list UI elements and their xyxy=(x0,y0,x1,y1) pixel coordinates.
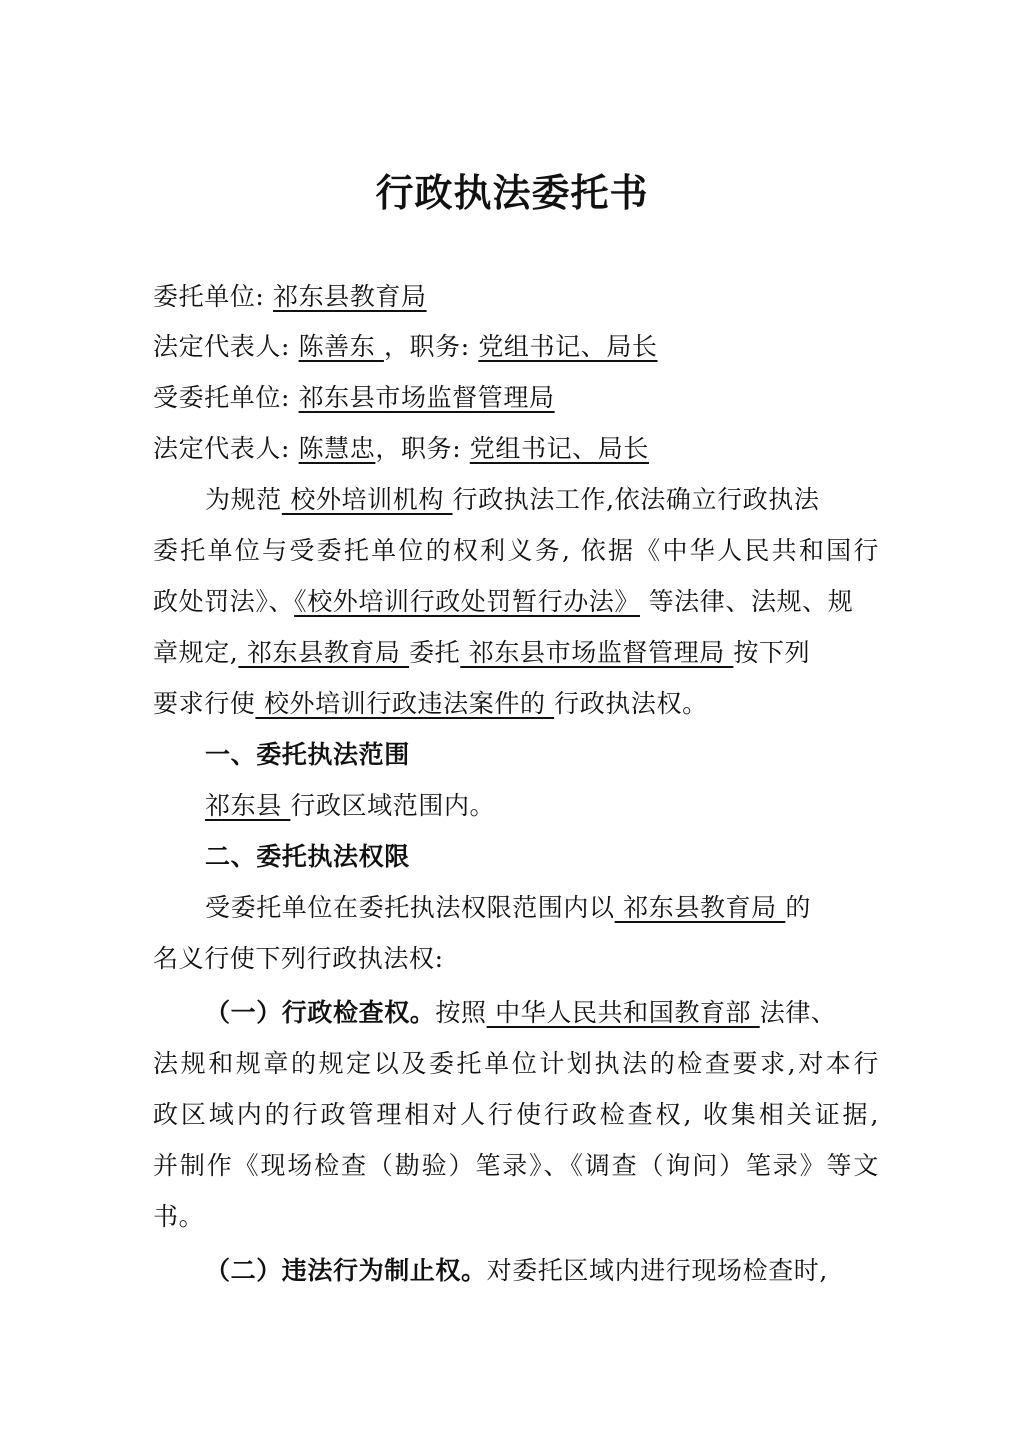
field-label: ，职务: xyxy=(375,434,461,463)
field-value: 祁东县市场监督管理局 xyxy=(299,383,555,412)
field-value: 陈善东 xyxy=(299,332,384,361)
fill-in: 祁东县教育局 xyxy=(615,893,786,922)
field-label: 受委托单位: xyxy=(153,383,290,412)
intro-line-3: 政处罚法》、《校外培训行政处罚暂行办法》 等法律、法规、规 xyxy=(153,576,879,628)
document-title: 行政执法委托书 xyxy=(0,162,1024,217)
field-label: ，职务: xyxy=(384,332,470,361)
intro-line-5: 要求行使 校外培训行政违法案件的 行政执法权。 xyxy=(153,678,879,730)
field-value: 党组书记、局长 xyxy=(470,434,649,463)
field-value: 党组书记、局长 xyxy=(478,332,657,361)
text: 等法律、法规、规 xyxy=(649,587,854,616)
section-2-para-2: 名义行使下列行政执法权: xyxy=(153,933,879,985)
text: 受委托单位在委托执法权限范围内以 xyxy=(205,893,615,922)
item-1-line-1: （一）行政检查权。按照 中华人民共和国教育部 法律、 xyxy=(153,987,879,1039)
intro-line-4: 章规定, 祁东县教育局 委托 祁东县市场监督管理局 按下列 xyxy=(153,627,879,679)
text: 行政执法权。 xyxy=(554,689,708,718)
item-1-line-4: 并制作《现场检查（勘验）笔录》、《调查（询问）笔录》等文 xyxy=(153,1140,879,1192)
field-value: 陈慧忠 xyxy=(299,434,376,463)
field-label: 法定代表人: xyxy=(153,434,290,463)
legal-rep-row-1: 法定代表人: 陈善东 ，职务: 党组书记、局长 xyxy=(153,321,879,373)
fill-in: 校外培训机构 xyxy=(282,485,453,514)
text: 章规定, xyxy=(153,638,238,667)
item-heading: （二）违法行为制止权。 xyxy=(205,1256,487,1285)
legal-rep-row-2: 法定代表人: 陈慧忠，职务: 党组书记、局长 xyxy=(153,423,879,475)
fill-in: 祁东县市场监督管理局 xyxy=(460,638,733,667)
section-2-para-1: 受委托单位在委托执法权限范围内以 祁东县教育局 的 xyxy=(153,882,879,934)
item-heading: （一）行政检查权。 xyxy=(205,998,435,1027)
text: 政处罚法》、 xyxy=(153,587,294,616)
fill-in: 《校外培训行政处罚暂行办法》 xyxy=(294,587,640,616)
entrusted-unit-row: 受委托单位: 祁东县市场监督管理局 xyxy=(153,372,879,424)
section-1-heading: 一、委托执法范围 xyxy=(153,729,879,781)
text: 对委托区域内进行现场检查时, xyxy=(487,1256,828,1285)
intro-line-1: 为规范 校外培训机构 行政执法工作,依法确立行政执法 xyxy=(153,474,879,526)
text: 为规范 xyxy=(205,485,282,514)
item-1-line-3: 政区域内的行政管理相对人行使行政检查权, 收集相关证据, xyxy=(153,1089,879,1141)
text: 按照 xyxy=(435,998,486,1027)
section-2-heading: 二、委托执法权限 xyxy=(153,831,879,883)
intro-line-2: 委托单位与受委托单位的权利义务, 依据《中华人民共和国行 xyxy=(153,525,879,577)
field-label: 法定代表人: xyxy=(153,332,290,361)
text: 法律、 xyxy=(760,998,837,1027)
fill-in: 祁东县 xyxy=(205,791,290,820)
text: 要求行使 xyxy=(153,689,255,718)
field-label: 委托单位: xyxy=(153,282,264,311)
fill-in: 校外培训行政违法案件的 xyxy=(255,689,554,718)
field-value: 祁东县教育局 xyxy=(273,282,427,311)
item-1-line-2: 法规和规章的规定以及委托单位计划执法的检查要求,对本行 xyxy=(153,1038,879,1090)
entrusting-unit-row: 委托单位: 祁东县教育局 xyxy=(153,271,879,323)
item-2-line-1: （二）违法行为制止权。对委托区域内进行现场检查时, xyxy=(153,1245,879,1297)
fill-in: 祁东县教育局 xyxy=(238,638,409,667)
fill-in: 中华人民共和国教育部 xyxy=(487,998,760,1027)
text: 行政区域范围内。 xyxy=(290,791,495,820)
text: 委托 xyxy=(409,638,460,667)
text: 按下列 xyxy=(733,638,810,667)
text: 行政执法工作,依法确立行政执法 xyxy=(453,485,820,514)
item-1-line-5: 书。 xyxy=(153,1191,879,1243)
text: 的 xyxy=(785,893,811,922)
section-1-scope: 祁东县 行政区域范围内。 xyxy=(153,780,879,832)
